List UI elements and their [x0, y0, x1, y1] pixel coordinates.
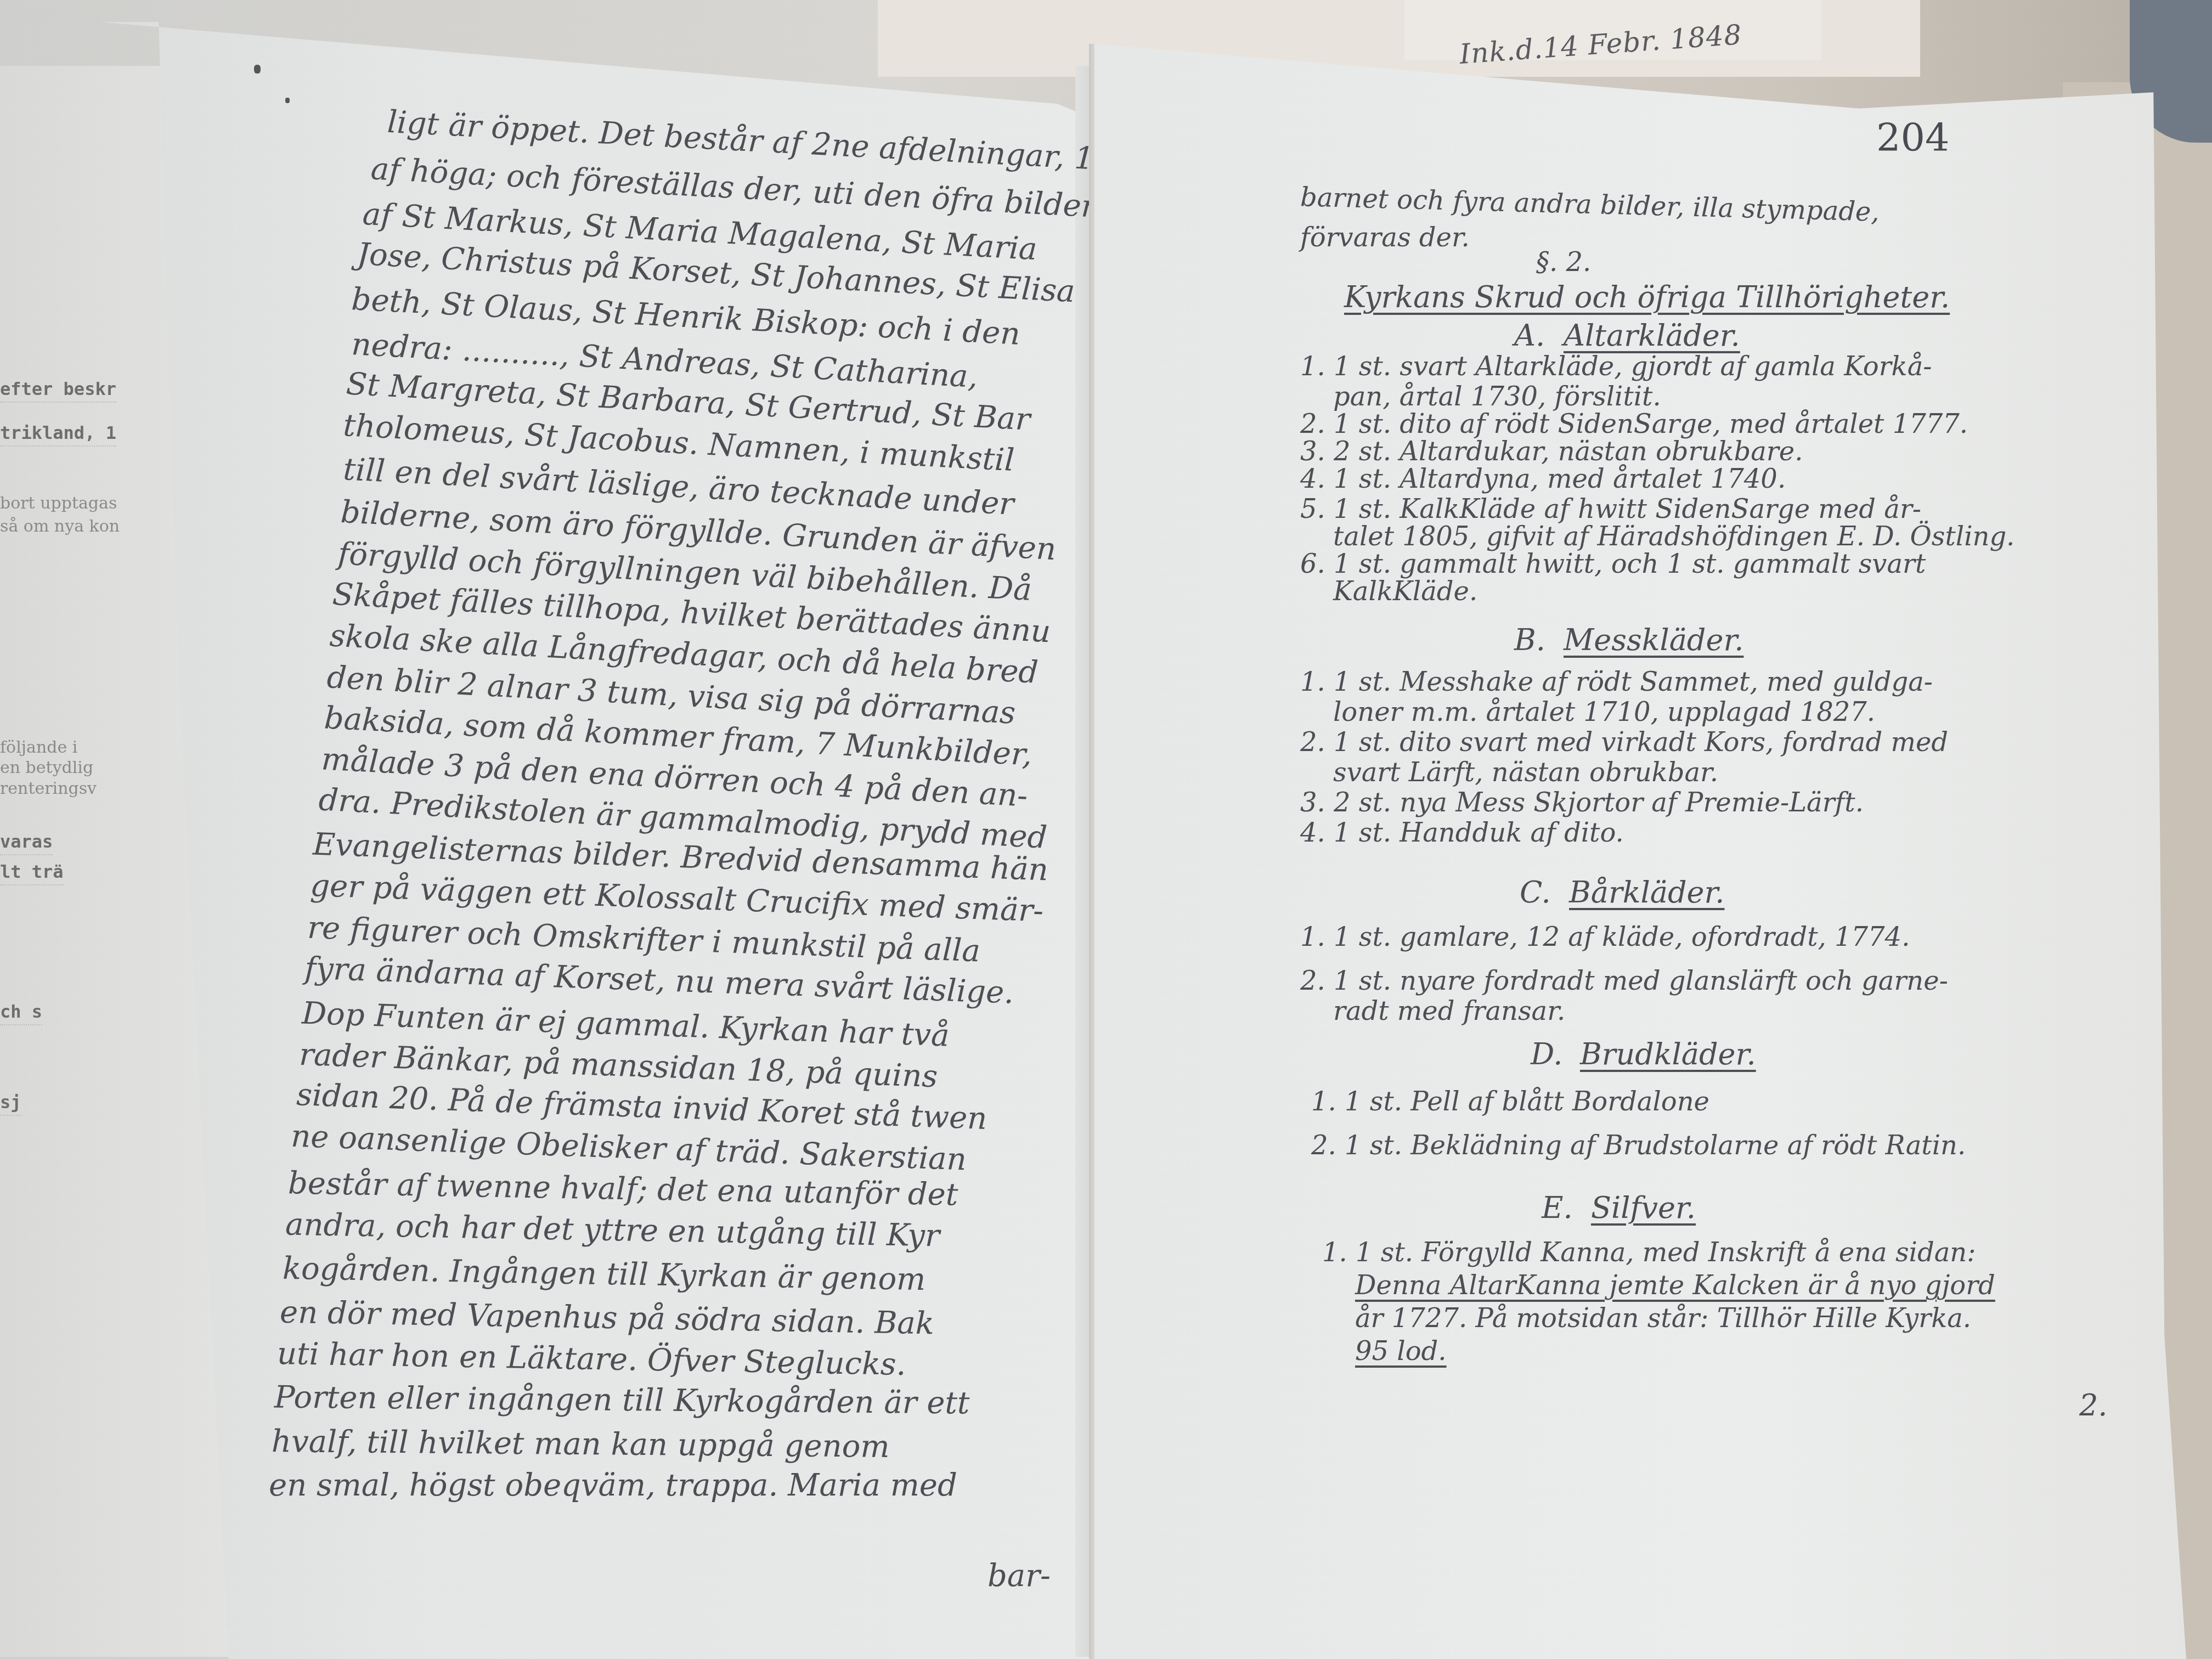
section-letter: A.	[1514, 318, 1545, 353]
typed-line: sj	[0, 1092, 21, 1116]
section-heading-messklader: Messkläder.	[1564, 623, 1743, 657]
section-heading-barklader: Bårkläder.	[1569, 875, 1724, 910]
section-heading-silfver: Silfver.	[1591, 1190, 1696, 1225]
section-letter: D.	[1531, 1037, 1563, 1071]
inventory-item: 4. 1 st. Altardyna, med årtalet 1740.	[1300, 464, 1786, 494]
inventory-item: 6. 1 st. gammalt hwitt, och 1 st. gammal…	[1300, 549, 1926, 579]
inventory-item: 1. 1 st. Messhake af rödt Sammet, med gu…	[1300, 667, 1933, 697]
typed-line: efter beskr	[0, 379, 116, 403]
ink-speck	[254, 65, 261, 74]
inventory-item: svart Lärft, nästan obrukbar.	[1333, 757, 1718, 788]
inventory-item: 2. 1 st. Beklädning af Brudstolarne af r…	[1311, 1130, 1966, 1161]
inventory-item: 4. 1 st. Handduk af dito.	[1300, 817, 1624, 848]
inventory-item: 1. 1 st. gamlare, 12 af kläde, ofordradt…	[1300, 922, 1910, 952]
manuscript-line: en smal, högst obeqväm, trappa. Maria me…	[269, 1468, 957, 1503]
inventory-item: KalkKläde.	[1333, 576, 1477, 607]
inventory-item: radt med fransar.	[1333, 996, 1565, 1026]
section-mark: §. 2.	[1536, 247, 1591, 278]
section-heading-brudklader: Brudkläder.	[1580, 1037, 1756, 1071]
inventory-item: 3. 2 st. nya Mess Skjortor af Premie-Lär…	[1300, 787, 1864, 818]
inscription-line: år 1727. På motsidan står: Tillhör Hille…	[1355, 1303, 1971, 1334]
section-letter: C.	[1520, 875, 1551, 910]
inventory-item: 1. 1 st. Pell af blått Bordalone	[1311, 1086, 1709, 1117]
typed-text: så om nya kon	[0, 517, 120, 536]
weight-note: 95 lod.	[1355, 1336, 1447, 1367]
inventory-item: 5. 1 st. KalkKläde af hwitt SidenSarge m…	[1300, 494, 1921, 524]
typed-line: ch s	[0, 1001, 42, 1025]
catchword: bar-	[988, 1558, 1051, 1594]
section-letter: E.	[1542, 1190, 1573, 1225]
inventory-item: 1. 1 st. Förgylld Kanna, med Inskrift å …	[1322, 1237, 1976, 1268]
typed-text: en betydlig	[0, 758, 93, 777]
typed-line: varas	[0, 831, 53, 855]
inventory-item: 1. 1 st. svart Altarkläde, gjordt af gam…	[1300, 351, 1932, 382]
manuscript-line: hvalf, till hvilket man kan uppgå genom	[272, 1424, 890, 1465]
inscription-line: Denna AltarKanna jemte Kalcken är å nyo …	[1355, 1270, 1995, 1301]
ink-speck	[285, 98, 290, 103]
inventory-item: loner m.m. årtalet 1710, upplagad 1827.	[1333, 697, 1875, 727]
inventory-item: 3. 2 st. Altardukar, nästan obrukbare.	[1300, 436, 1803, 467]
folio-number: 204	[1876, 115, 1950, 160]
typed-text: renteringsv	[0, 779, 97, 798]
manuscript-line: Porten eller ingången till Kyrkogården ä…	[274, 1379, 970, 1421]
inventory-item: 2. 1 st. nyare fordradt med glanslärft o…	[1300, 966, 1948, 996]
typed-line: lt trä	[0, 861, 64, 885]
inventory-item: talet 1805, gifvit af Häradshöfdingen E.…	[1333, 521, 2015, 552]
section-heading-altarklader: Altarkläder.	[1564, 318, 1740, 353]
inventory-item: 2. 1 st. dito svart med virkadt Kors, fo…	[1300, 727, 1948, 758]
inventory-item: pan, årtal 1730, förslitit.	[1333, 381, 1661, 412]
typed-line: trikland, 1	[0, 422, 116, 447]
inventory-item: 2. 1 st. dito af rödt SidenSarge, med år…	[1300, 409, 1968, 439]
page-number: 2.	[2079, 1388, 2108, 1423]
inventory-title: Kyrkans Skrud och öfriga Tillhörigheter.	[1344, 280, 1950, 314]
section-letter: B.	[1514, 623, 1545, 657]
manuscript-line: förvaras der.	[1300, 222, 1470, 253]
typed-text: bort upptagas	[0, 494, 117, 513]
typed-text: följande i	[0, 738, 77, 757]
